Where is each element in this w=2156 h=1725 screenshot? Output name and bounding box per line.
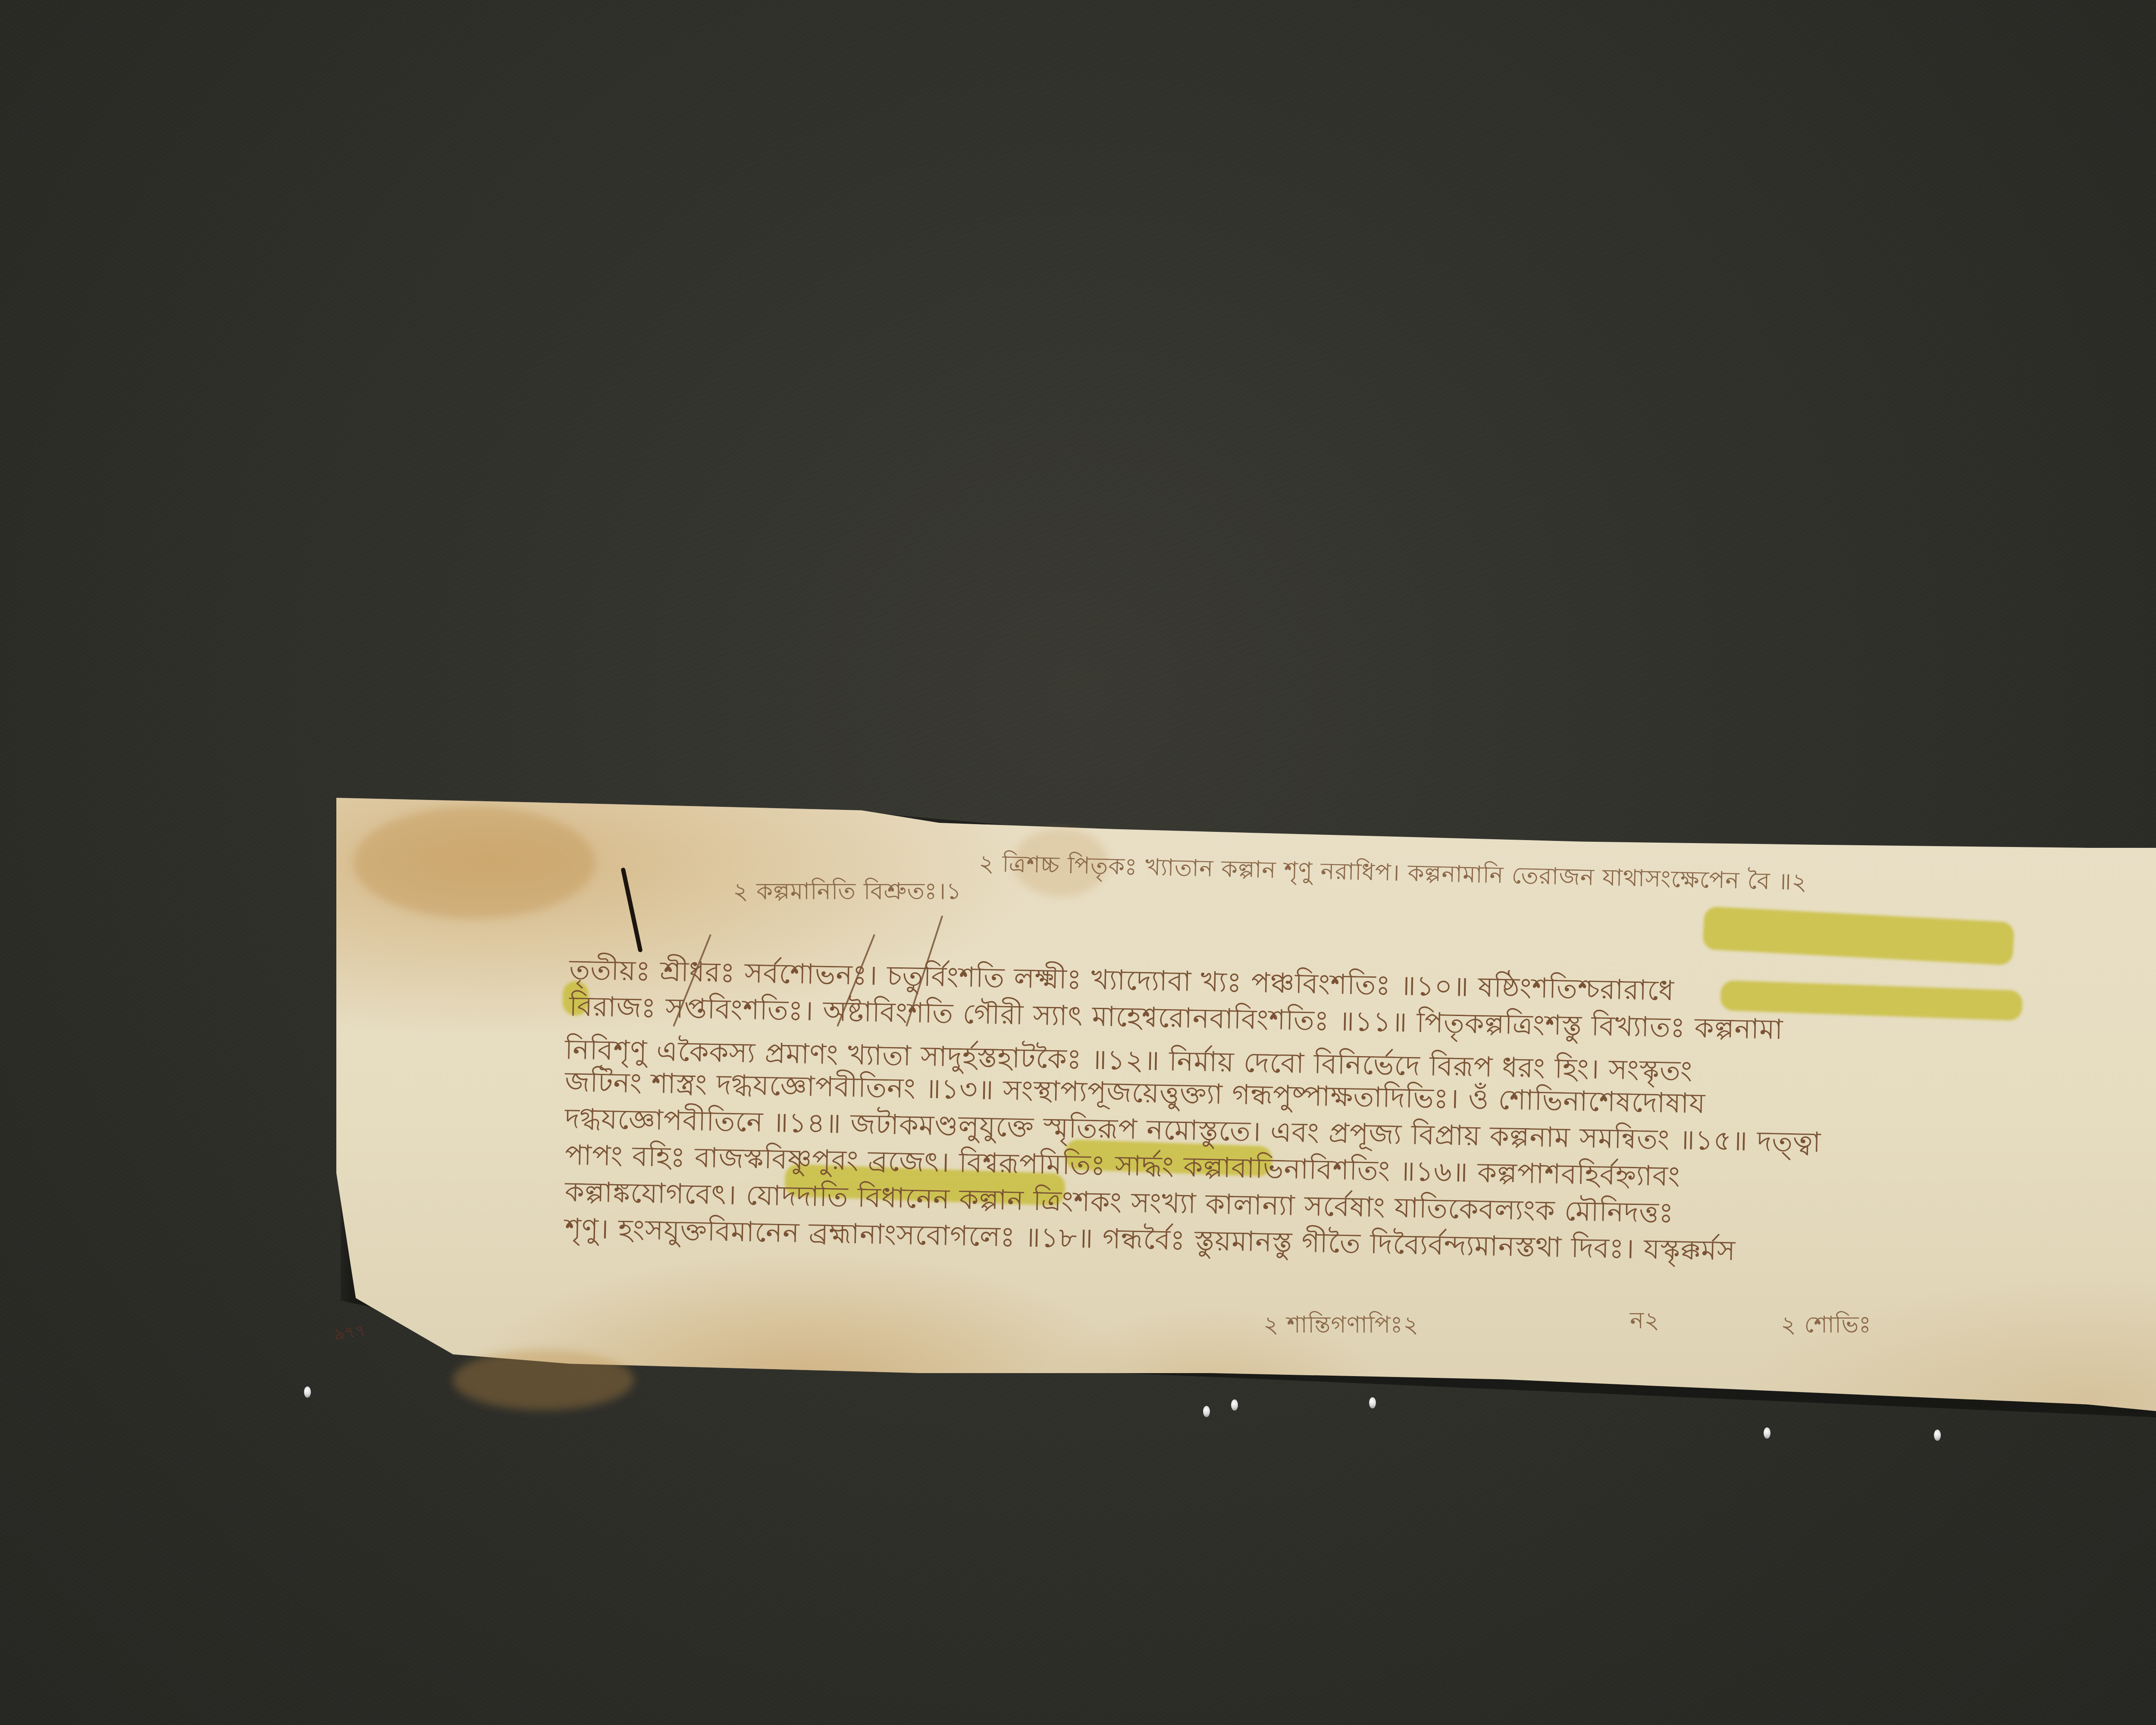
mounting-pin bbox=[1231, 1399, 1238, 1411]
mounting-pin bbox=[1203, 1406, 1210, 1417]
top-margin-line: ২ কল্পমানিতি বিশ্রুতঃ।১ bbox=[733, 873, 962, 912]
footer-right-mark: ২ শোভিঃ bbox=[1781, 1307, 1871, 1345]
water-stain bbox=[354, 806, 595, 919]
folio-number: ৯৭৭ bbox=[332, 1317, 368, 1349]
footer-catchword: ২ শান্তিগণাপিঃ২ bbox=[1263, 1307, 1419, 1345]
mounting-pin bbox=[1764, 1427, 1771, 1439]
mounting-pin bbox=[1369, 1397, 1376, 1408]
mounting-pin bbox=[1934, 1430, 1941, 1441]
mounting-pin bbox=[304, 1386, 311, 1398]
footer-page-mark: ন২ bbox=[1630, 1302, 1660, 1341]
water-stain bbox=[453, 1350, 634, 1410]
